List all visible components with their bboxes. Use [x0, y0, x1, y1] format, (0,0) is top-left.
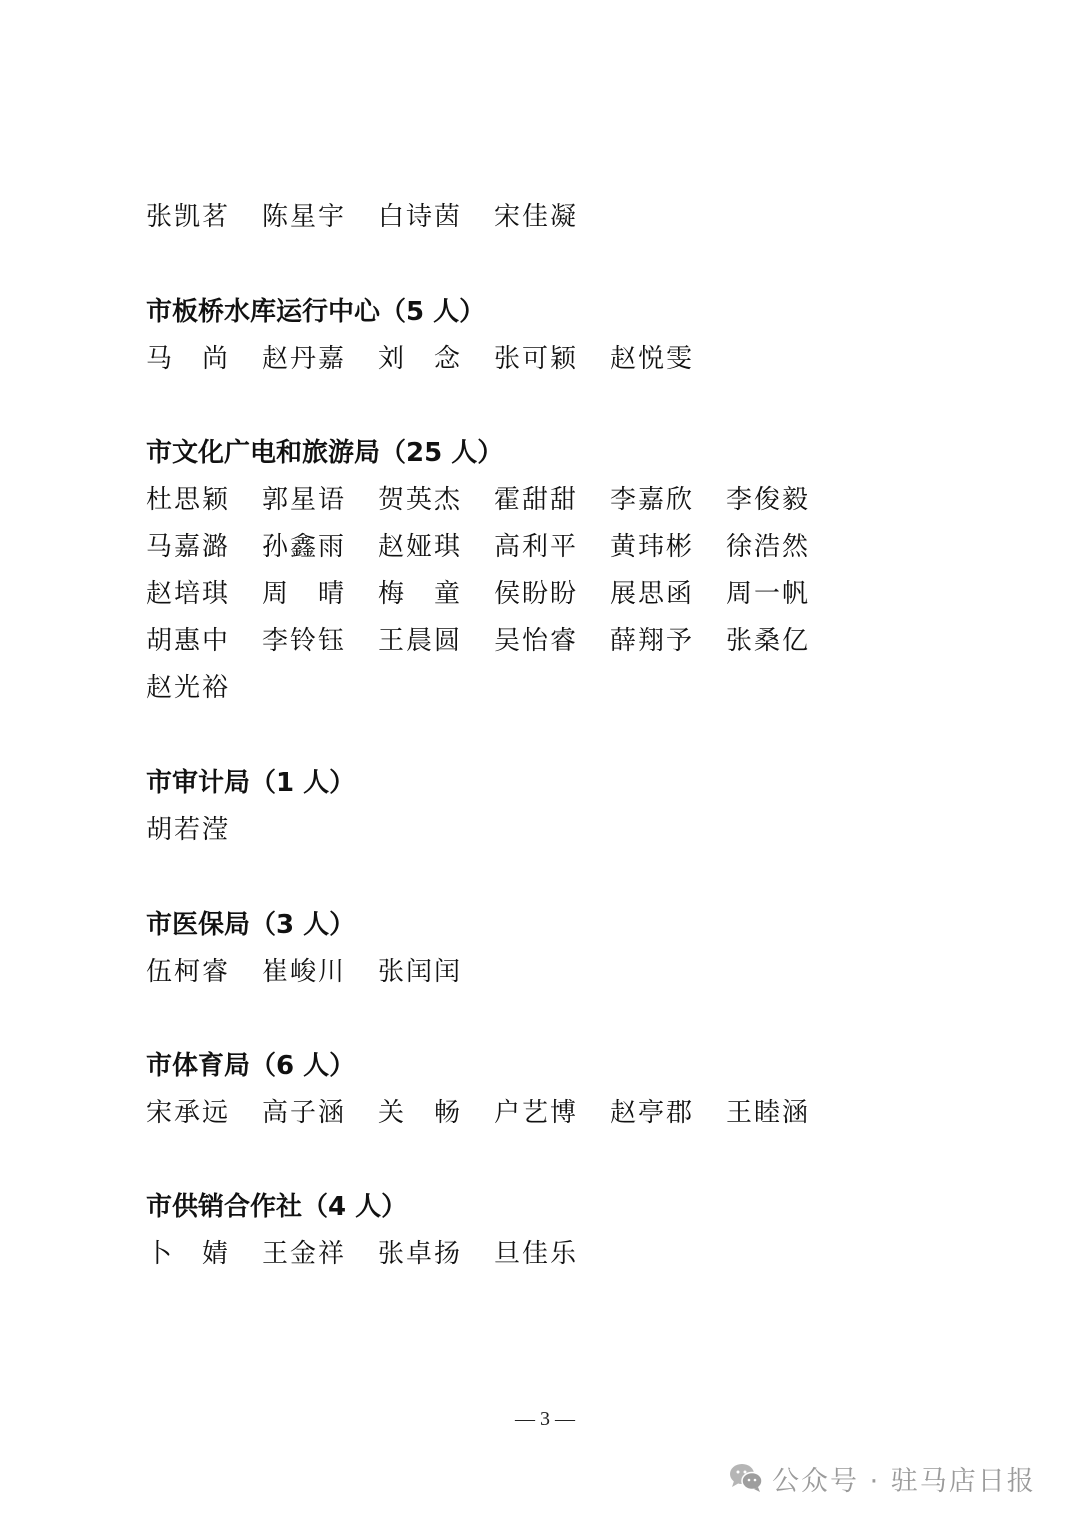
person-name: 贺英杰: [378, 477, 494, 524]
person-name: 白诗茵: [378, 194, 494, 241]
person-name: 关 畅: [378, 1090, 494, 1137]
name-row: 马 尚赵丹嘉刘 念张可颖赵悦雯: [146, 336, 726, 383]
person-name: 薛翔予: [610, 618, 726, 665]
person-name: 吴怡睿: [494, 618, 610, 665]
person-name: 赵光裕: [146, 665, 262, 712]
wechat-watermark: 公众号 · 驻马店日报: [728, 1458, 1036, 1498]
person-name: 霍甜甜: [494, 477, 610, 524]
name-row: 赵培琪周 晴梅 童侯盼盼展思函周一帆: [146, 571, 842, 618]
name-row: 张凯茗陈星宇白诗茵宋佳凝: [146, 194, 610, 241]
person-name: 赵亭郡: [610, 1090, 726, 1137]
watermark-text: 公众号 · 驻马店日报: [772, 1459, 1036, 1498]
person-name: 赵丹嘉: [262, 336, 378, 383]
person-name: 陈星宇: [262, 194, 378, 241]
person-name: 赵悦雯: [610, 336, 726, 383]
person-name: 旦佳乐: [494, 1231, 610, 1278]
person-name: 宋承远: [146, 1090, 262, 1137]
person-name: 孙鑫雨: [262, 524, 378, 571]
page-number: — 3 —: [505, 1408, 585, 1431]
section-heading: 市供销合作社（4 人）: [146, 1184, 610, 1231]
person-name: 周一帆: [726, 571, 842, 618]
document-page: 张凯茗陈星宇白诗茵宋佳凝 市板桥水库运行中心（5 人） 马 尚赵丹嘉刘 念张可颖…: [0, 0, 1080, 1527]
person-name: 胡若滢: [146, 807, 262, 854]
section-heading: 市体育局（6 人）: [146, 1043, 842, 1090]
section-sports-bureau: 市体育局（6 人） 宋承远高子涵关 畅户艺博赵亭郡王睦涵: [146, 1043, 842, 1137]
name-row: 赵光裕: [146, 665, 842, 712]
person-name: 梅 童: [378, 571, 494, 618]
person-name: 张卓扬: [378, 1231, 494, 1278]
person-name: 李嘉欣: [610, 477, 726, 524]
name-row: 胡惠中李铃钰王晨圆吴怡睿薛翔予张桑亿: [146, 618, 842, 665]
person-name: 李铃钰: [262, 618, 378, 665]
person-name: 赵娅琪: [378, 524, 494, 571]
section-continuation: 张凯茗陈星宇白诗茵宋佳凝: [146, 194, 610, 241]
name-row: 伍柯睿崔峻川张闰闰: [146, 949, 494, 996]
person-name: 刘 念: [378, 336, 494, 383]
name-row: 杜思颖郭星语贺英杰霍甜甜李嘉欣李俊毅: [146, 477, 842, 524]
section-heading: 市文化广电和旅游局（25 人）: [146, 430, 842, 477]
person-name: 黄玮彬: [610, 524, 726, 571]
person-name: 张凯茗: [146, 194, 262, 241]
person-name: 周 晴: [262, 571, 378, 618]
person-name: 展思函: [610, 571, 726, 618]
name-row: 胡若滢: [146, 807, 355, 854]
person-name: 郭星语: [262, 477, 378, 524]
person-name: 高子涵: [262, 1090, 378, 1137]
person-name: 马 尚: [146, 336, 262, 383]
person-name: 张可颖: [494, 336, 610, 383]
section-supply-marketing-coop: 市供销合作社（4 人） 卜 婧王金祥张卓扬旦佳乐: [146, 1184, 610, 1278]
name-row: 宋承远高子涵关 畅户艺博赵亭郡王睦涵: [146, 1090, 842, 1137]
person-name: 徐浩然: [726, 524, 842, 571]
person-name: 崔峻川: [262, 949, 378, 996]
section-audit-bureau: 市审计局（1 人） 胡若滢: [146, 760, 355, 854]
person-name: 张桑亿: [726, 618, 842, 665]
person-name: 李俊毅: [726, 477, 842, 524]
name-row: 马嘉潞孙鑫雨赵娅琪高利平黄玮彬徐浩然: [146, 524, 842, 571]
section-banqiao-reservoir: 市板桥水库运行中心（5 人） 马 尚赵丹嘉刘 念张可颖赵悦雯: [146, 289, 726, 383]
person-name: 卜 婧: [146, 1231, 262, 1278]
person-name: 王晨圆: [378, 618, 494, 665]
person-name: 伍柯睿: [146, 949, 262, 996]
person-name: 高利平: [494, 524, 610, 571]
name-row: 卜 婧王金祥张卓扬旦佳乐: [146, 1231, 610, 1278]
person-name: 宋佳凝: [494, 194, 610, 241]
person-name: 王睦涵: [726, 1090, 842, 1137]
person-name: 张闰闰: [378, 949, 494, 996]
wechat-icon: [728, 1462, 764, 1494]
section-culture-tourism-bureau: 市文化广电和旅游局（25 人） 杜思颖郭星语贺英杰霍甜甜李嘉欣李俊毅 马嘉潞孙鑫…: [146, 430, 842, 712]
person-name: 赵培琪: [146, 571, 262, 618]
person-name: 侯盼盼: [494, 571, 610, 618]
person-name: 户艺博: [494, 1090, 610, 1137]
person-name: 杜思颖: [146, 477, 262, 524]
section-heading: 市板桥水库运行中心（5 人）: [146, 289, 726, 336]
section-heading: 市审计局（1 人）: [146, 760, 355, 807]
person-name: 马嘉潞: [146, 524, 262, 571]
person-name: 胡惠中: [146, 618, 262, 665]
section-heading: 市医保局（3 人）: [146, 902, 494, 949]
person-name: 王金祥: [262, 1231, 378, 1278]
section-medical-insurance-bureau: 市医保局（3 人） 伍柯睿崔峻川张闰闰: [146, 902, 494, 996]
